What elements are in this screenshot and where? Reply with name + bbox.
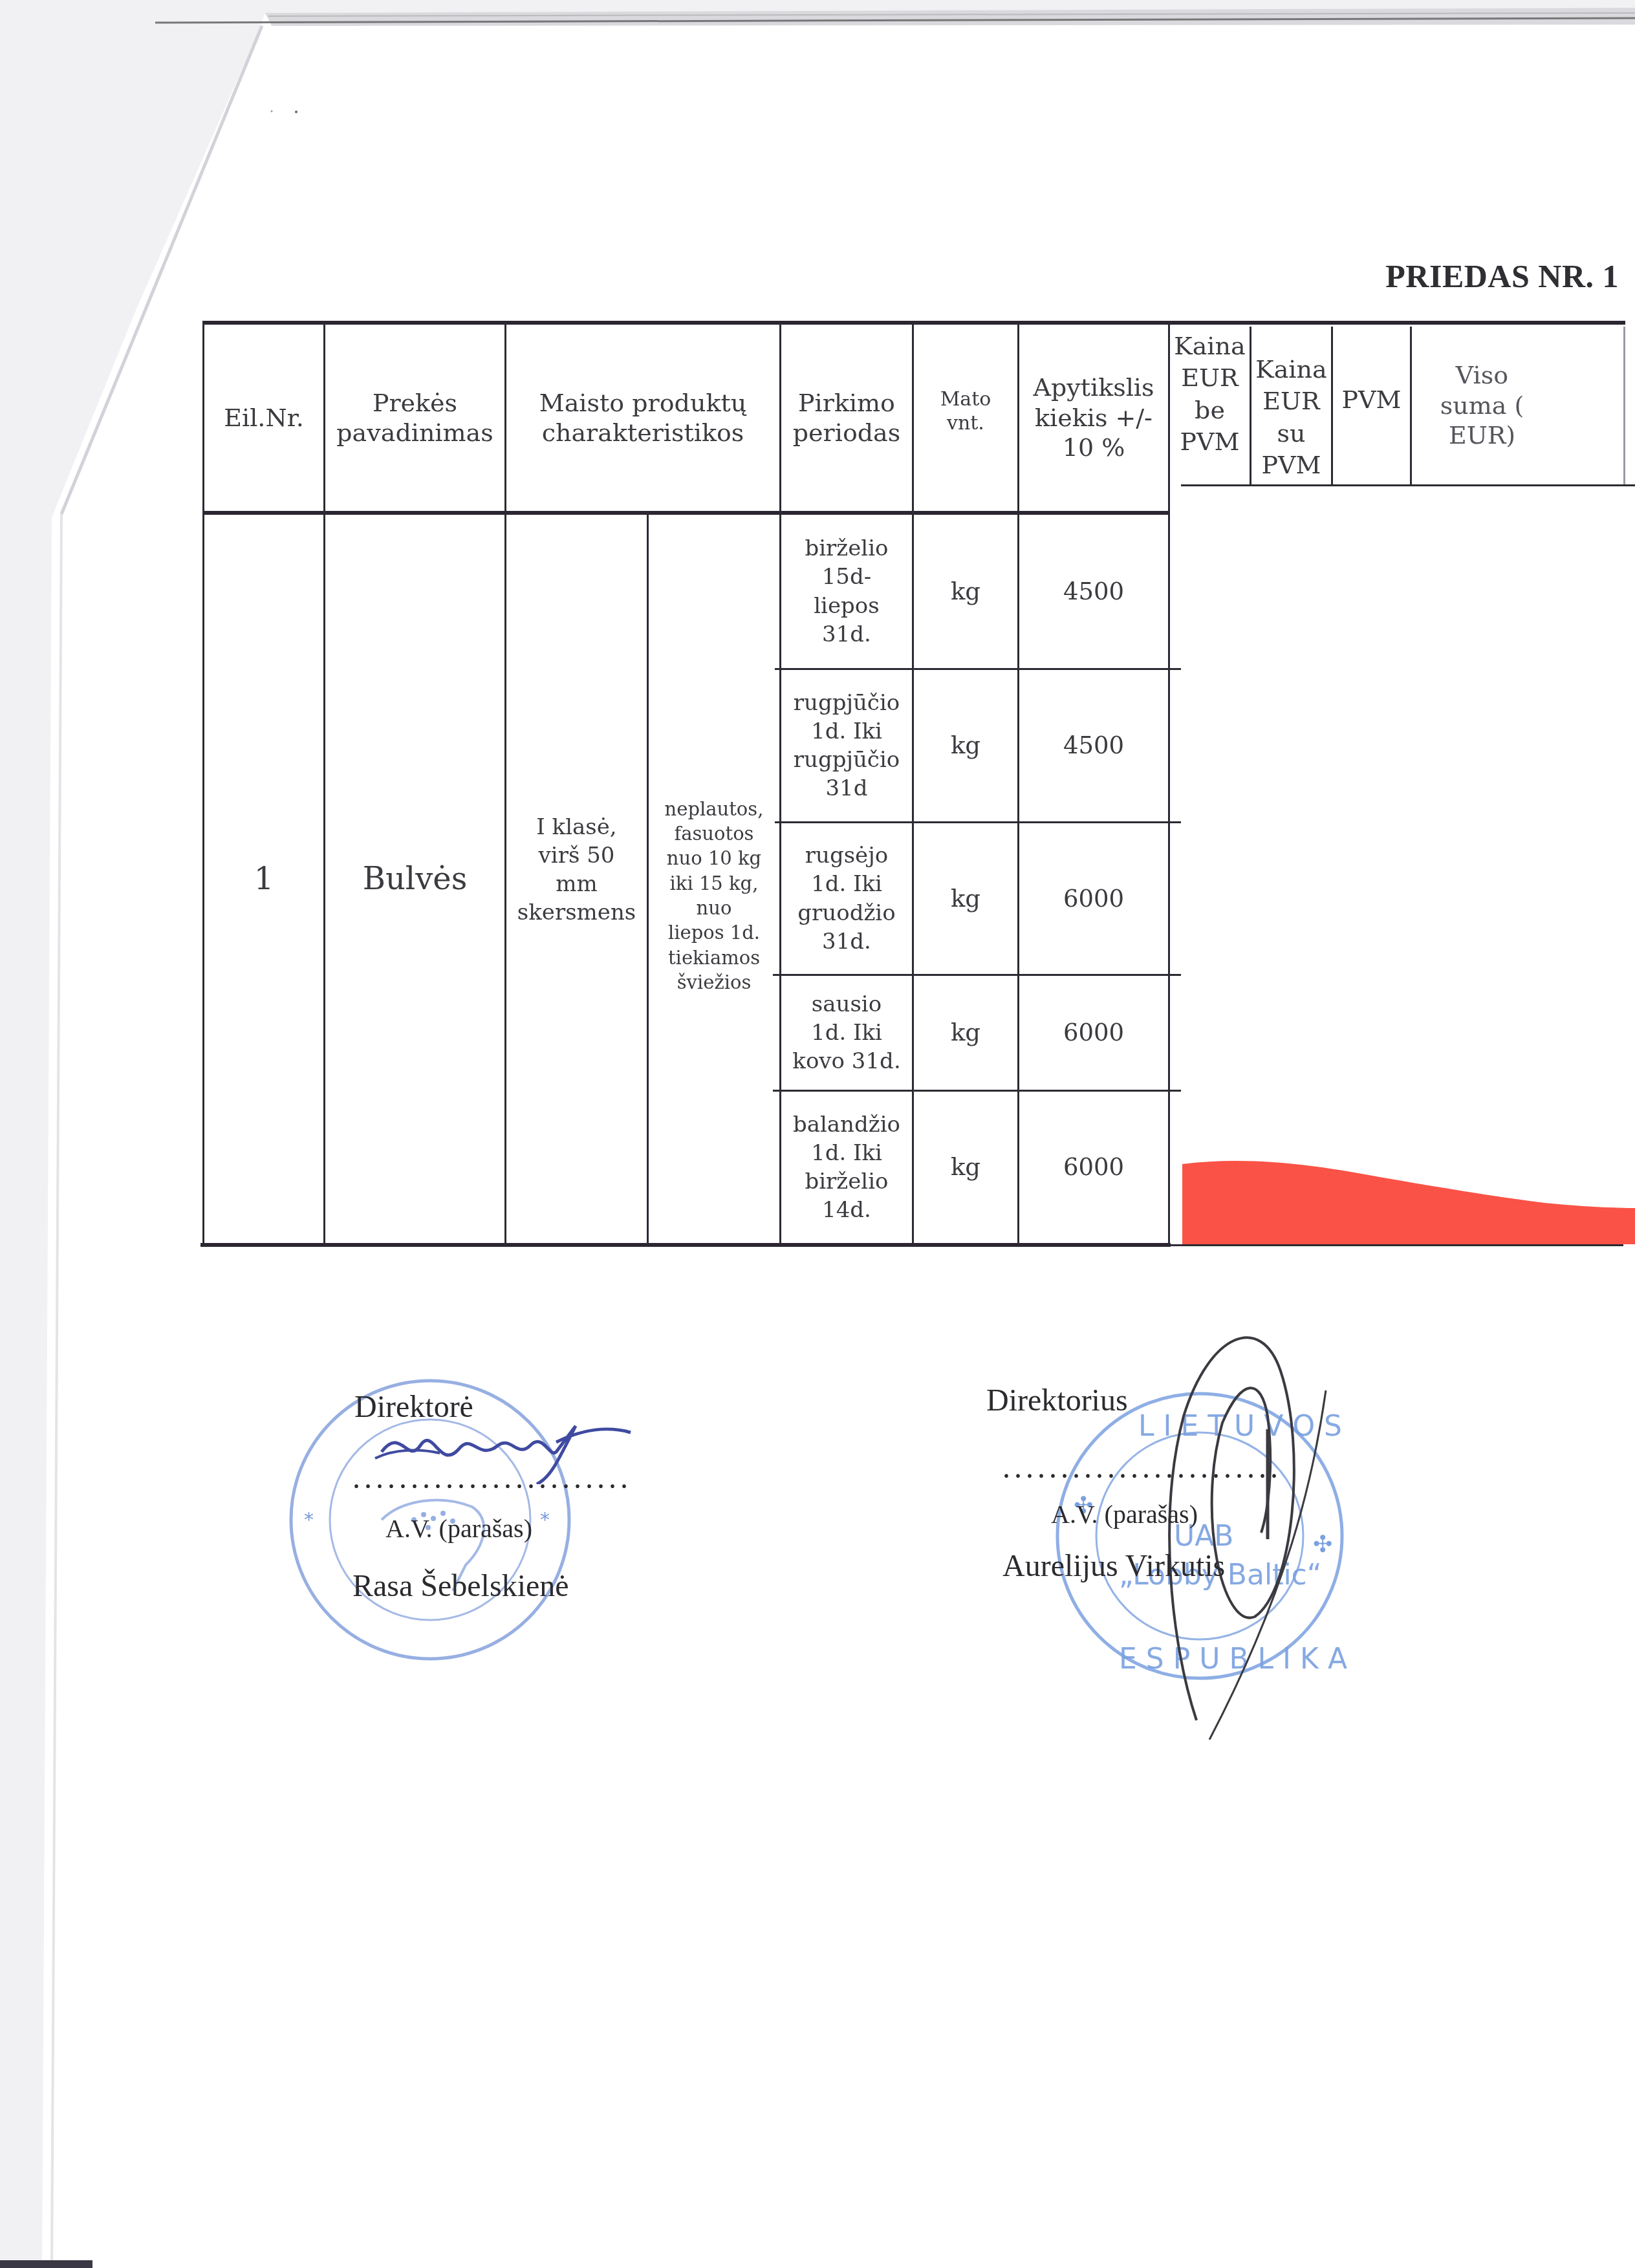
cell-text: liepos 1d. — [665, 920, 764, 945]
row-2-vnt: kg — [914, 670, 1017, 821]
cell-text: sausio — [792, 990, 900, 1019]
header-label: Apytikslis — [1034, 373, 1154, 402]
header-label: Pirkimo — [793, 388, 901, 418]
header-label: vnt. — [940, 412, 991, 436]
header-label: Mato — [940, 388, 991, 412]
cell-text: birželio — [805, 534, 888, 563]
header-pirkimo-periodas: Pirkimo periodas — [781, 325, 912, 511]
left-signature-line: ........................ — [352, 1460, 632, 1496]
cell-text: balandžio — [793, 1110, 900, 1139]
right-signer-role: Direktorius — [986, 1383, 1128, 1418]
header-kiekis: Apytikslis kiekis +/- 10 % — [1019, 325, 1168, 511]
cell-text: 6000 — [1063, 1152, 1124, 1182]
row-1-periodas: birželio 15d- liepos 31d. — [781, 515, 912, 668]
cell-text: 6000 — [1063, 1018, 1124, 1047]
cell-text: šviežios — [665, 970, 764, 995]
table-bottom-border — [200, 1243, 1171, 1247]
svg-text:*: * — [304, 1509, 314, 1531]
cell-text: rugpjūčio — [794, 689, 900, 717]
header-label: Viso — [1440, 360, 1524, 390]
cell-text: kg — [951, 577, 980, 606]
header-label: periodas — [793, 418, 901, 448]
cell-text: kg — [951, 884, 980, 913]
right-signer-name: Aurelijus Virkutis — [1002, 1548, 1225, 1584]
cell-text: kg — [951, 1152, 980, 1182]
cell-text: nuo — [665, 896, 764, 920]
cell-text: 31d. — [805, 620, 888, 649]
header-label: pavadinimas — [336, 418, 493, 448]
row-4-vnt: kg — [914, 976, 1017, 1090]
cell-text: 1d. Iki — [797, 870, 895, 898]
cell-text: 31d. — [797, 927, 895, 956]
row-3-periodas: rugsėjo 1d. Iki gruodžio 31d. — [781, 823, 912, 974]
left-signature-caption: A.V. (parašas) — [385, 1513, 532, 1544]
header-kaina-be-pvm: Kaina EUR be PVM — [1170, 327, 1250, 484]
svg-text:*: * — [540, 1509, 550, 1531]
row-4-periodas: sausio 1d. Iki kovo 31d. — [781, 976, 912, 1090]
row-2-kiekis: 4500 — [1019, 670, 1168, 821]
row-2-periodas: rugpjūčio 1d. Iki rugpjūčio 31d — [781, 670, 912, 821]
cell-text: rugsėjo — [797, 841, 895, 870]
cell-text: virš 50 — [517, 841, 636, 870]
item-eil-nr: 1 — [204, 515, 323, 1243]
header-mato-vnt: Mato vnt. — [914, 325, 1017, 499]
header-label: Kaina — [1174, 330, 1245, 362]
cell-text: 4500 — [1063, 731, 1124, 760]
cell-text: 1d. Iki — [793, 1139, 900, 1167]
header-label: be — [1174, 394, 1245, 426]
cell-text: birželio — [793, 1167, 900, 1196]
header-label: 10 % — [1034, 433, 1154, 462]
cell-text: kg — [951, 1018, 980, 1047]
cell-text: 6000 — [1063, 884, 1124, 913]
cell-text: liepos — [805, 592, 888, 620]
cell-text: mm — [517, 870, 636, 898]
cell-text: tiekiamos — [665, 945, 764, 970]
header-label: charakteristikos — [539, 418, 746, 448]
cell-text: 31d — [794, 774, 900, 803]
header-label: EUR) — [1440, 420, 1524, 450]
header-prekes-pavadinimas: Prekės pavadinimas — [325, 325, 504, 511]
cell-text: 14d. — [793, 1196, 900, 1224]
appendix-title: PRIEDAS NR. 1 — [1385, 257, 1619, 295]
cell-text: nuo 10 kg — [665, 846, 764, 870]
header-eil-nr: Eil.Nr. — [204, 325, 323, 511]
cell-text: Bulvės — [363, 860, 468, 898]
right-signature-icon — [1158, 1319, 1365, 1740]
cell-text: kg — [951, 731, 980, 760]
cell-text: 1 — [254, 860, 274, 898]
header-label: kiekis +/- — [1034, 403, 1154, 433]
row-1-kiekis: 4500 — [1019, 515, 1168, 668]
col-divider — [1623, 327, 1625, 486]
cell-text: fasuotos — [665, 821, 764, 846]
row-5-periodas: balandžio 1d. Iki birželio 14d. — [781, 1092, 912, 1243]
cover-edge — [1181, 484, 1635, 486]
cell-text: neplautos, — [665, 797, 764, 821]
row-3-vnt: kg — [914, 823, 1017, 974]
item-pavadinimas: Bulvės — [325, 515, 504, 1243]
cell-text: skersmens — [517, 898, 636, 927]
header-label: Maisto produktų — [539, 388, 746, 418]
item-klase: I klasė, virš 50 mm skersmens — [506, 763, 647, 977]
header-kaina-su-pvm: Kaina EUR su PVM — [1251, 327, 1331, 484]
header-label: Kaina — [1255, 354, 1326, 385]
left-signer-role: Direktorė — [354, 1389, 473, 1425]
covered-price-area — [1181, 486, 1635, 1243]
cell-text: 1d. Iki — [794, 717, 900, 746]
cell-text: 4500 — [1063, 577, 1124, 606]
row-5-kiekis: 6000 — [1019, 1092, 1168, 1243]
cell-text: iki 15 kg, — [665, 871, 764, 896]
header-pvm: PVM — [1333, 327, 1410, 484]
right-signature-caption: A.V. (parašas) — [1051, 1499, 1198, 1529]
cell-text: I klasė, — [517, 813, 636, 841]
right-signature-line: ........................ — [1002, 1450, 1282, 1485]
cell-text: 1d. Iki — [792, 1019, 900, 1047]
header-label: su — [1255, 418, 1326, 449]
left-signer-name: Rasa Šebelskienė — [352, 1568, 569, 1604]
item-aprasymas: neplautos, fasuotos nuo 10 kg iki 15 kg,… — [649, 744, 779, 1048]
header-label: Prekės — [336, 388, 493, 418]
header-label: PVM — [1174, 426, 1245, 458]
header-label: EUR — [1255, 385, 1326, 417]
header-label: EUR — [1174, 362, 1245, 394]
cell-text: rugpjūčio — [794, 746, 900, 774]
red-patch — [1182, 1158, 1635, 1245]
row-4-kiekis: 6000 — [1019, 976, 1168, 1090]
header-viso-suma: Viso suma ( EUR) — [1412, 327, 1623, 484]
row-1-vnt: kg — [914, 515, 1017, 668]
header-label: suma ( — [1440, 391, 1524, 420]
cell-text: 15d- — [805, 563, 888, 591]
cell-text: gruodžio — [797, 899, 895, 927]
col-divider — [1168, 486, 1170, 1244]
row-5-vnt: kg — [914, 1092, 1017, 1243]
header-label: PVM — [1342, 385, 1402, 415]
row-3-kiekis: 6000 — [1019, 823, 1168, 974]
cell-text: kovo 31d. — [792, 1047, 900, 1075]
header-label: PVM — [1255, 449, 1326, 481]
header-charakteristikos: Maisto produktų charakteristikos — [506, 325, 779, 511]
header-label: Eil.Nr. — [224, 403, 303, 433]
